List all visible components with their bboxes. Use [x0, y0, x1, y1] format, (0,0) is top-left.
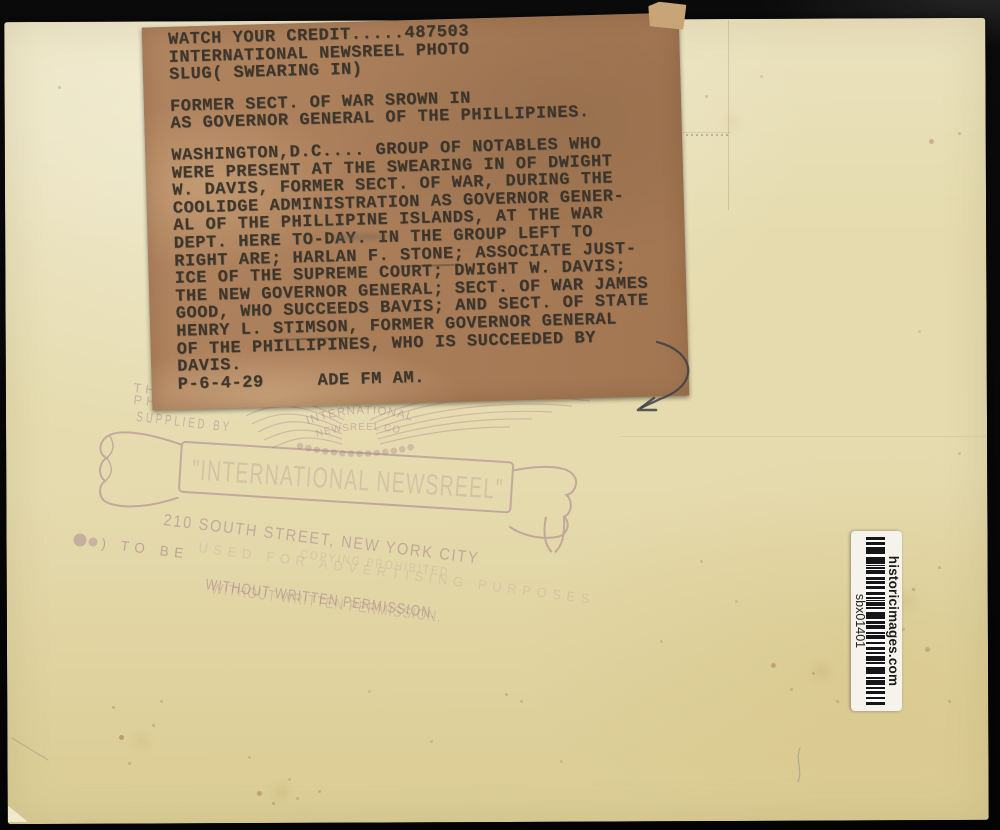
- foxing-stains: [0, 0, 3, 3]
- stamp-fragment: SUPPLIED BY: [136, 408, 233, 435]
- perforation-marks: [686, 134, 728, 136]
- caption-lines: WATCH YOUR CREDIT.....487503INTERNATIONA…: [168, 18, 683, 394]
- sticker-site-label: historicimages.com: [885, 531, 902, 711]
- paper-crease: [683, 132, 731, 133]
- slip-torn-corner: [648, 1, 687, 29]
- barcode: [866, 537, 885, 705]
- caption-slip: WATCH YOUR CREDIT.....487503INTERNATIONA…: [142, 13, 689, 411]
- paper-crease: [620, 436, 988, 437]
- sticker-code-label: sbx01401: [852, 531, 866, 711]
- inventory-sticker: historicimages.com sbx01401: [851, 531, 902, 711]
- paper-crease: [728, 20, 729, 210]
- ink-smudge: [74, 534, 87, 547]
- scanned-photo-back: INTERNATIONAL NEWSREEL CORP. TH PH TS SU…: [0, 0, 1000, 830]
- restriction-text-start: ) TO BE: [101, 535, 190, 562]
- sticker-face: historicimages.com sbx01401: [851, 531, 902, 711]
- ink-smudge: [89, 538, 98, 547]
- banner-text: "INTERNATIONAL NEWSREEL": [191, 454, 504, 506]
